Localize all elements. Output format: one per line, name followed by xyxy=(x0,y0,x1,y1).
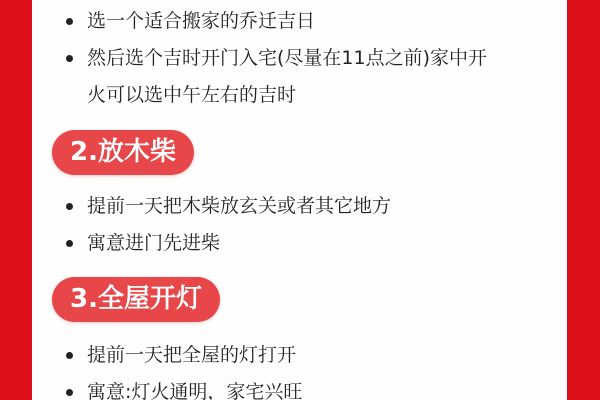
list-item: 提前一天把全屋的灯打开 xyxy=(87,343,296,367)
bullet-icon xyxy=(66,389,73,396)
content-panel: 选一个适合搬家的乔迁吉日 然后选个吉时开门入宅(尽量在11点之前)家中开 火可以… xyxy=(32,0,567,400)
bullet-icon xyxy=(66,55,73,62)
list-item: 选一个适合搬家的乔迁吉日 xyxy=(87,9,315,33)
list-item: 寓意:灯火通明，家宅兴旺 xyxy=(87,380,302,400)
list-item: 然后选个吉时开门入宅(尽量在11点之前)家中开 xyxy=(87,46,487,70)
section-heading-pill: 2.放木柴 xyxy=(52,130,194,175)
list-item: 寓意进门先进柴 xyxy=(87,231,220,255)
list-item-continuation: 火可以选中午左右的吉时 xyxy=(87,83,296,107)
section-heading-pill: 3.全屋开灯 xyxy=(52,277,220,322)
red-border-right xyxy=(567,0,600,400)
bullet-icon xyxy=(66,203,73,210)
bullet-icon xyxy=(66,240,73,247)
document-frame: 选一个适合搬家的乔迁吉日 然后选个吉时开门入宅(尽量在11点之前)家中开 火可以… xyxy=(0,0,600,400)
bullet-icon xyxy=(66,18,73,25)
bullet-icon xyxy=(66,352,73,359)
list-item: 提前一天把木柴放玄关或者其它地方 xyxy=(87,194,391,218)
red-border-left xyxy=(0,0,32,400)
